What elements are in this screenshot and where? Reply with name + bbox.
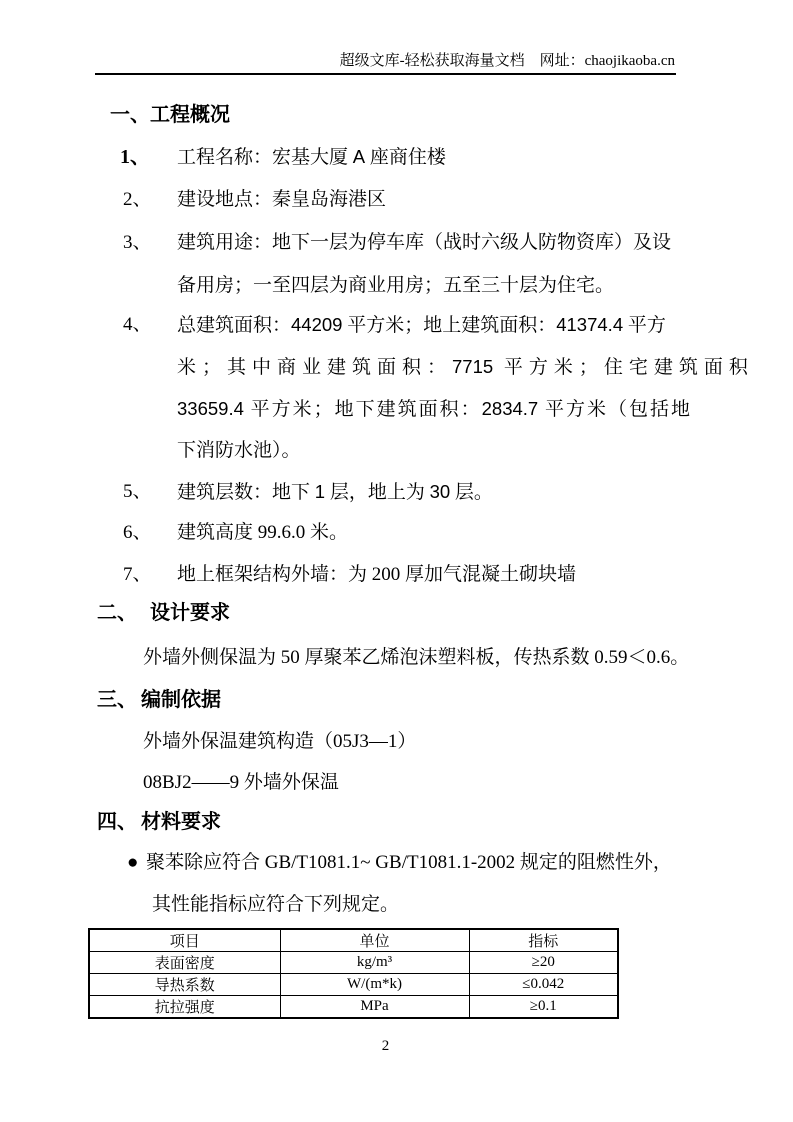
text-segment: 建筑层数：地下 [177,482,315,503]
text-segment: 平方米；住宅建筑面积 [493,357,754,378]
item-3-text-line-1: 建筑用途：地下一层为停车库（战时六级人防物资库）及设 [177,231,671,255]
item-6-text: 建筑高度 99.6.0 米。 [177,521,348,545]
heading-section-3-label: 编制依据 [141,688,221,712]
item-5-number: 5、 [123,480,152,504]
page-number: 2 [95,1038,676,1055]
table-cell: MPa [280,996,469,1019]
text-segment: 外墙外侧保温为 50 厚聚苯乙烯泡沫塑料板，传热系数 0.59＜0.6。 [143,647,689,668]
table-cell: ≤0.042 [469,974,618,996]
text-segment: 平方米；地上建筑面积： [342,315,556,336]
heading-section-2-number: 二、 [97,601,137,625]
text-segment: 平方 [623,315,666,336]
text-segment: 层，地上为 [325,482,430,503]
heading-section-4-number: 四、 [97,810,137,834]
text-segment: 地上框架结构外墙：为 200 厚加气混凝土砌块墙 [177,564,576,585]
text-segment: 层。 [450,482,493,503]
heading-section-3-number: 三、 [97,688,137,712]
item-4-text-line-1: 总建筑面积：44209 平方米；地上建筑面积：41374.4 平方 [177,313,666,338]
text-segment: 5、 [123,481,152,502]
text-segment: 其性能指标应符合下列规定。 [152,894,399,915]
text-segment: 6、 [123,522,152,543]
text-segment: 外墙外保温建筑构造（05J3—1） [143,731,416,752]
text-segment: 1、 [120,146,150,168]
item-5-text: 建筑层数：地下 1 层，地上为 30 层。 [177,480,493,505]
text-segment: 材料要求 [141,811,221,833]
text-segment: 4、 [123,314,152,335]
text-segment: 平方米（包括地 [538,399,692,420]
bullet-text-line-1: 聚苯除应符合 GB/T1081.1~ GB/T1081.1-2002 规定的阻燃… [146,851,672,875]
item-3-text-line-2: 备用房；一至四层为商业用房；五至三十层为住宅。 [177,274,614,298]
text-segment: 30 [430,481,451,502]
item-4-number: 4、 [123,313,152,337]
item-4-text-line-2: 米；其中商业建筑面积：7715 平方米；住宅建筑面积 [177,355,754,380]
table-cell: 抗拉强度 [89,996,280,1019]
text-segment: 设计要求 [150,602,230,624]
section-3-text-line-1: 外墙外保温建筑构造（05J3—1） [143,730,416,754]
table-row: 抗拉强度MPa≥0.1 [89,996,618,1019]
text-segment: 建筑高度 99.6.0 米。 [177,522,348,543]
text-segment: 米；其中商业建筑面积： [177,357,452,378]
table-cell: W/(m*k) [280,974,469,996]
text-segment: 三、 [97,689,137,711]
heading-section-1: 一、工程概况 [110,103,230,127]
text-segment: 四、 [97,811,137,833]
text-segment: 1 [315,481,325,502]
bullet-text-line-2: 其性能指标应符合下列规定。 [152,893,399,917]
document-page: 超级文库-轻松获取海量文档 网址：chaojikaoba.cn 一、工程概况1、… [0,0,793,1122]
bullet-marker: ● [127,851,138,875]
section-2-text: 外墙外侧保温为 50 厚聚苯乙烯泡沫塑料板，传热系数 0.59＜0.6。 [143,646,689,670]
text-segment: 7715 [452,356,493,377]
text-segment: 7、 [123,564,152,585]
text-segment: ● [127,852,138,873]
table-cell: 导热系数 [89,974,280,996]
item-3-number: 3、 [123,231,152,255]
text-segment: 总建筑面积： [177,315,291,336]
text-segment: 下消防水池）。 [177,440,301,461]
item-7-text: 地上框架结构外墙：为 200 厚加气混凝土砌块墙 [177,563,576,587]
text-segment: 聚苯除应符合 GB/T1081.1~ GB/T1081.1-2002 规定的阻燃… [146,852,672,873]
text-segment: 建设地点：秦皇岛海港区 [177,189,386,210]
text-segment: 44209 [291,314,342,335]
text-segment: 建筑用途：地下一层为停车库（战时六级人防物资库）及设 [177,232,671,253]
text-segment: 工程名称：宏基大厦 [177,147,353,168]
table-row: 表面密度kg/m³≥20 [89,952,618,974]
text-segment: 2834.7 [482,398,539,419]
text-segment: A [353,146,365,167]
item-7-number: 7、 [123,563,152,587]
item-6-number: 6、 [123,521,152,545]
heading-section-4-label: 材料要求 [141,810,221,834]
text-segment: 编制依据 [141,689,221,711]
text-segment: 3、 [123,232,152,253]
table-cell: 表面密度 [89,952,280,974]
table-cell: ≥0.1 [469,996,618,1019]
table-col-header-unit: 单位 [280,929,469,952]
heading-section-2-label: 设计要求 [150,601,230,625]
item-1-text: 工程名称：宏基大厦 A 座商住楼 [177,145,446,170]
table-col-header-index: 指标 [469,929,618,952]
table-header-row: 项目 单位 指标 [89,929,618,952]
text-segment: 平方米；地下建筑面积： [244,399,482,420]
text-segment: 二、 [97,602,137,624]
text-segment: 2、 [123,189,152,210]
table-row: 导热系数W/(m*k)≤0.042 [89,974,618,996]
table-col-header-item: 项目 [89,929,280,952]
text-segment: 备用房；一至四层为商业用房；五至三十层为住宅。 [177,275,614,296]
text-segment: 座商住楼 [365,147,446,168]
text-segment: 08BJ2——9 外墙外保温 [143,772,339,793]
text-segment: 41374.4 [556,314,623,335]
text-segment: 一、工程概况 [110,104,230,126]
material-spec-table: 项目 单位 指标 表面密度kg/m³≥20导热系数W/(m*k)≤0.042抗拉… [88,928,619,1019]
text-segment: 33659.4 [177,398,244,419]
table-cell: ≥20 [469,952,618,974]
table-cell: kg/m³ [280,952,469,974]
item-2-number: 2、 [123,188,152,212]
item-4-text-line-3: 33659.4 平方米；地下建筑面积：2834.7 平方米（包括地 [177,397,692,422]
item-4-text-line-4: 下消防水池）。 [177,439,301,463]
item-2-text: 建设地点：秦皇岛海港区 [177,188,386,212]
item-1-number: 1、 [120,145,150,169]
section-3-text-line-2: 08BJ2——9 外墙外保温 [143,771,339,795]
